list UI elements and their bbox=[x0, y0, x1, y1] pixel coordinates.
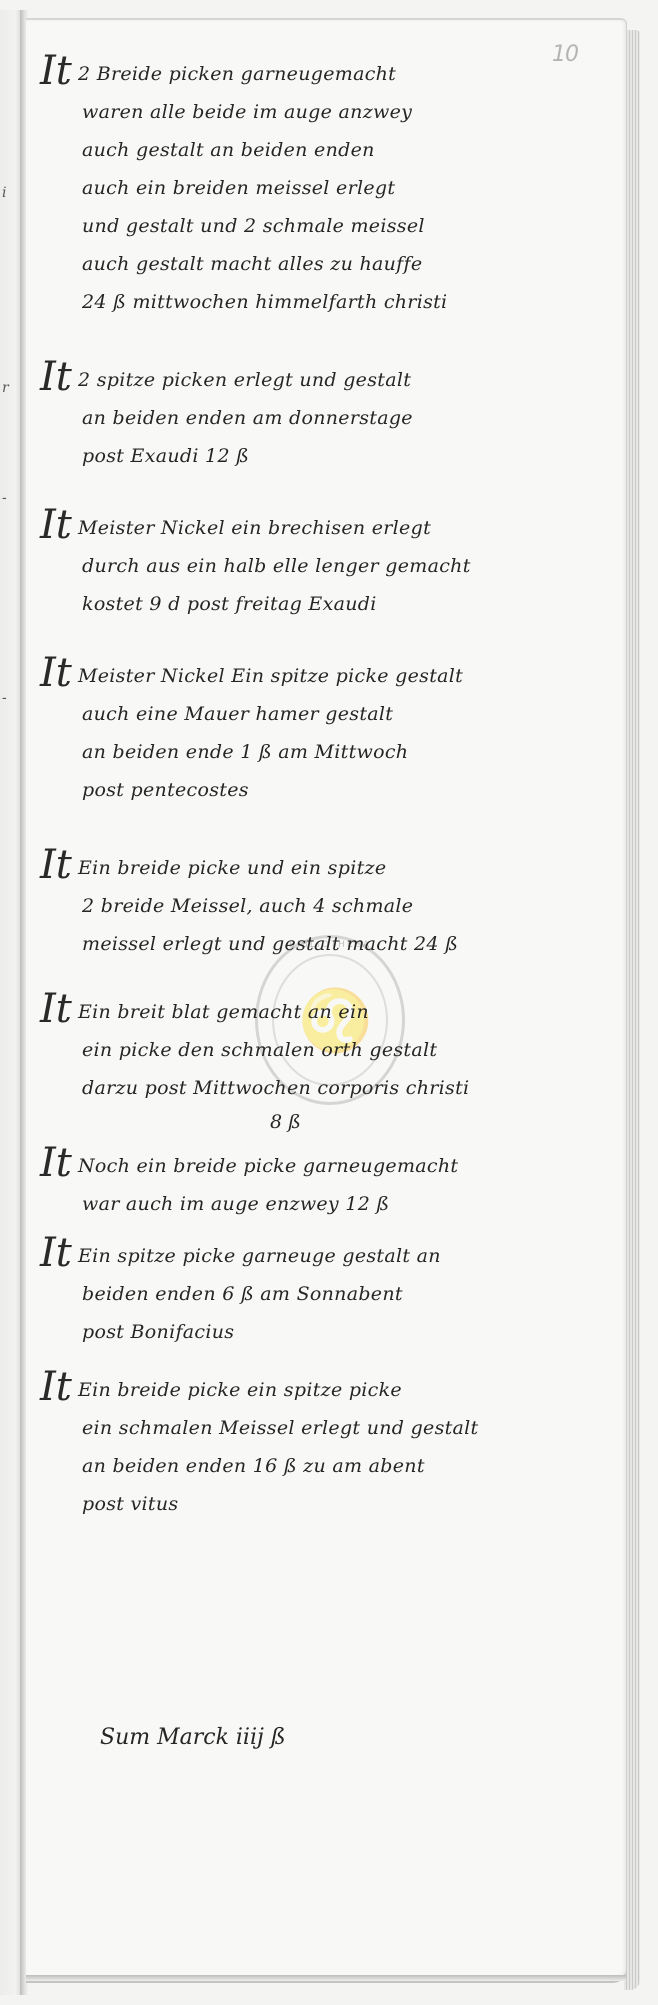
entry-line: 2 Breide picken garneugemacht bbox=[40, 55, 600, 93]
ledger-entry: It Meister Nickel Ein spitze picke gesta… bbox=[40, 657, 600, 809]
entry-line: 24 ß mittwochen himmelfarth christi bbox=[40, 283, 600, 321]
manuscript-scan: i r - - 10 BIBLIOTHECA ♌ It 2 Breide pic… bbox=[0, 0, 658, 2005]
entry-line: an beiden enden am donnerstage bbox=[40, 399, 600, 437]
facing-page-mark: - bbox=[2, 490, 7, 506]
entry-line: waren alle beide im auge anzwey bbox=[40, 93, 600, 131]
item-mark: It bbox=[40, 49, 72, 93]
entry-amount: 8 ß bbox=[40, 1107, 600, 1137]
item-mark: It bbox=[40, 651, 72, 695]
entry-line: Ein breide picke und ein spitze bbox=[40, 849, 600, 887]
ledger-entry: It Ein breide picke ein spitze picke ein… bbox=[40, 1371, 600, 1523]
ledger-entry: It Ein breide picke und ein spitze 2 bre… bbox=[40, 849, 600, 963]
facing-page-mark: i bbox=[2, 185, 6, 201]
item-mark: It bbox=[40, 355, 72, 399]
entry-line: Ein breit blat gemacht an ein bbox=[40, 993, 600, 1031]
entry-line: an beiden enden 16 ß zu am abent bbox=[40, 1447, 600, 1485]
entry-line: Meister Nickel Ein spitze picke gestalt bbox=[40, 657, 600, 695]
facing-page-mark: - bbox=[2, 690, 7, 706]
entry-line: beiden enden 6 ß am Sonnabent bbox=[40, 1275, 600, 1313]
ledger-entries: It 2 Breide picken garneugemacht waren a… bbox=[40, 55, 600, 1545]
facing-page-mark: r bbox=[2, 380, 9, 396]
entry-line: und gestalt und 2 schmale meissel bbox=[40, 207, 600, 245]
entry-line: war auch im auge enzwey 12 ß bbox=[40, 1185, 600, 1223]
entry-line: durch aus ein halb elle lenger gemacht bbox=[40, 547, 600, 585]
entry-line: darzu post Mittwochen corporis christi bbox=[40, 1069, 600, 1107]
entry-line: post Bonifacius bbox=[40, 1313, 600, 1351]
entry-line: auch ein breiden meissel erlegt bbox=[40, 169, 600, 207]
item-mark: It bbox=[40, 843, 72, 887]
ledger-entry: It 2 Breide picken garneugemacht waren a… bbox=[40, 55, 600, 321]
item-mark: It bbox=[40, 1231, 72, 1275]
ledger-entry: It 2 spitze picken erlegt und gestalt an… bbox=[40, 361, 600, 475]
entry-line: post Exaudi 12 ß bbox=[40, 437, 600, 475]
entry-line: auch gestalt macht alles zu hauffe bbox=[40, 245, 600, 283]
entry-line: meissel erlegt und gestalt macht 24 ß bbox=[40, 925, 600, 963]
entry-line: Noch ein breide picke garneugemacht bbox=[40, 1147, 600, 1185]
item-mark: It bbox=[40, 987, 72, 1031]
entry-line: Meister Nickel ein brechisen erlegt bbox=[40, 509, 600, 547]
entry-line: post pentecostes bbox=[40, 771, 600, 809]
entry-line: post vitus bbox=[40, 1485, 600, 1523]
entry-line: ein schmalen Meissel erlegt und gestalt bbox=[40, 1409, 600, 1447]
ledger-entry: It Noch ein breide picke garneugemacht w… bbox=[40, 1147, 600, 1223]
entry-line: auch gestalt an beiden enden bbox=[40, 131, 600, 169]
entry-line: 2 spitze picken erlegt und gestalt bbox=[40, 361, 600, 399]
item-mark: It bbox=[40, 1141, 72, 1185]
item-mark: It bbox=[40, 1365, 72, 1409]
facing-page-edge: i r - - bbox=[0, 10, 22, 1995]
ledger-entry: It Meister Nickel ein brechisen erlegt d… bbox=[40, 509, 600, 623]
entry-line: ein picke den schmalen orth gestalt bbox=[40, 1031, 600, 1069]
entry-line: Ein breide picke ein spitze picke bbox=[40, 1371, 600, 1409]
page-bottom-edge bbox=[26, 1975, 626, 1981]
page-total: Sum Marck iiij ß bbox=[100, 1725, 286, 1750]
entry-line: Ein spitze picke garneuge gestalt an bbox=[40, 1237, 600, 1275]
entry-line: 2 breide Meissel, auch 4 schmale bbox=[40, 887, 600, 925]
entry-line: kostet 9 d post freitag Exaudi bbox=[40, 585, 600, 623]
ledger-entry: It Ein breit blat gemacht an ein ein pic… bbox=[40, 993, 600, 1137]
entry-line: auch eine Mauer hamer gestalt bbox=[40, 695, 600, 733]
item-mark: It bbox=[40, 503, 72, 547]
ledger-entry: It Ein spitze picke garneuge gestalt an … bbox=[40, 1237, 600, 1351]
entry-line: an beiden ende 1 ß am Mittwoch bbox=[40, 733, 600, 771]
